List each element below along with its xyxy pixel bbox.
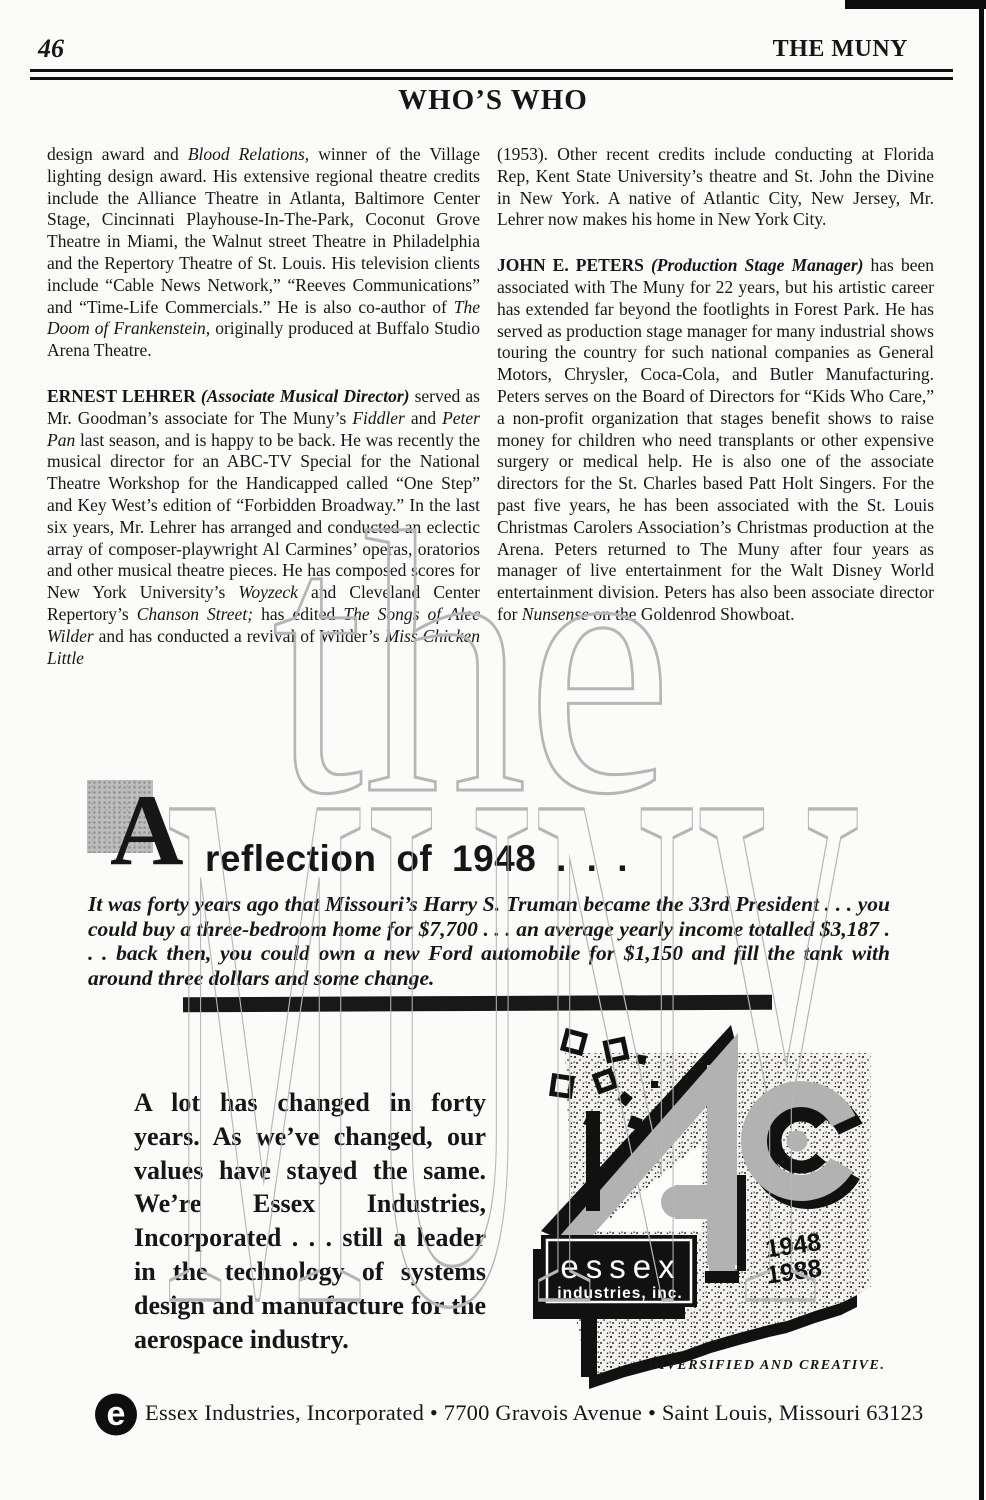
ad-body-text: A lot has changed in forty years. As we’…: [134, 1086, 486, 1356]
section-title: WHO’S WHO: [0, 84, 986, 117]
numeral-4-ball: [661, 1186, 693, 1218]
reflection-headline: reflection of 1948 . . .: [205, 838, 628, 880]
logo-artwork: essex industries, inc. 1948 1988: [525, 1025, 945, 1395]
bio-paragraph-ernest-lehrer: ERNEST LEHRER (Associate Musical Directo…: [47, 386, 480, 669]
numeral-4-stem-foot: [705, 1271, 739, 1283]
left-column: design award and Blood Relations, winner…: [47, 144, 480, 693]
essex-industries-label: industries, inc.: [557, 1285, 682, 1302]
numeral-4-stem-shadow: [737, 1175, 746, 1271]
scan-corner-bar: [845, 0, 986, 9]
reflection-body: It was forty years ago that Missouri’s H…: [88, 892, 890, 990]
essex-40th-anniversary-logo: essex industries, inc. 1948 1988: [525, 1025, 945, 1395]
inner-c-dot: [787, 1131, 808, 1152]
essex-e-mark: e: [94, 1392, 138, 1437]
header-double-rule: [30, 69, 953, 80]
ad-tagline: DIVERSIFIED AND CREATIVE.: [648, 1358, 885, 1374]
essex-wordmark: essex: [560, 1248, 681, 1285]
bio-paragraph-lehrer-end: (1953). Other recent credits include con…: [497, 144, 934, 231]
publication-title: THE MUNY: [773, 36, 908, 63]
accent-bar-upper: [586, 1111, 600, 1211]
bio-paragraph-continuation: design award and Blood Relations, winner…: [47, 144, 480, 362]
numeral-4-stem-lower: [709, 1237, 735, 1271]
numeral-4-stem: [707, 1065, 737, 1265]
e-mark-letter: e: [107, 1395, 126, 1433]
right-column: (1953). Other recent credits include con…: [497, 144, 934, 650]
divider-bar: [183, 995, 772, 1013]
page-number: 46: [38, 34, 64, 64]
footer-address: Essex Industries, Incorporated • 7700 Gr…: [145, 1400, 924, 1426]
anniversary-years: 1948 1988: [761, 1228, 827, 1290]
dropcap-letter: A: [110, 786, 184, 876]
bio-paragraph-john-peters: JOHN E. PETERS (Production Stage Manager…: [497, 255, 934, 626]
program-page: 46 THE MUNY WHO’S WHO design award and B…: [0, 0, 986, 1500]
scan-edge-line: [979, 0, 984, 1500]
